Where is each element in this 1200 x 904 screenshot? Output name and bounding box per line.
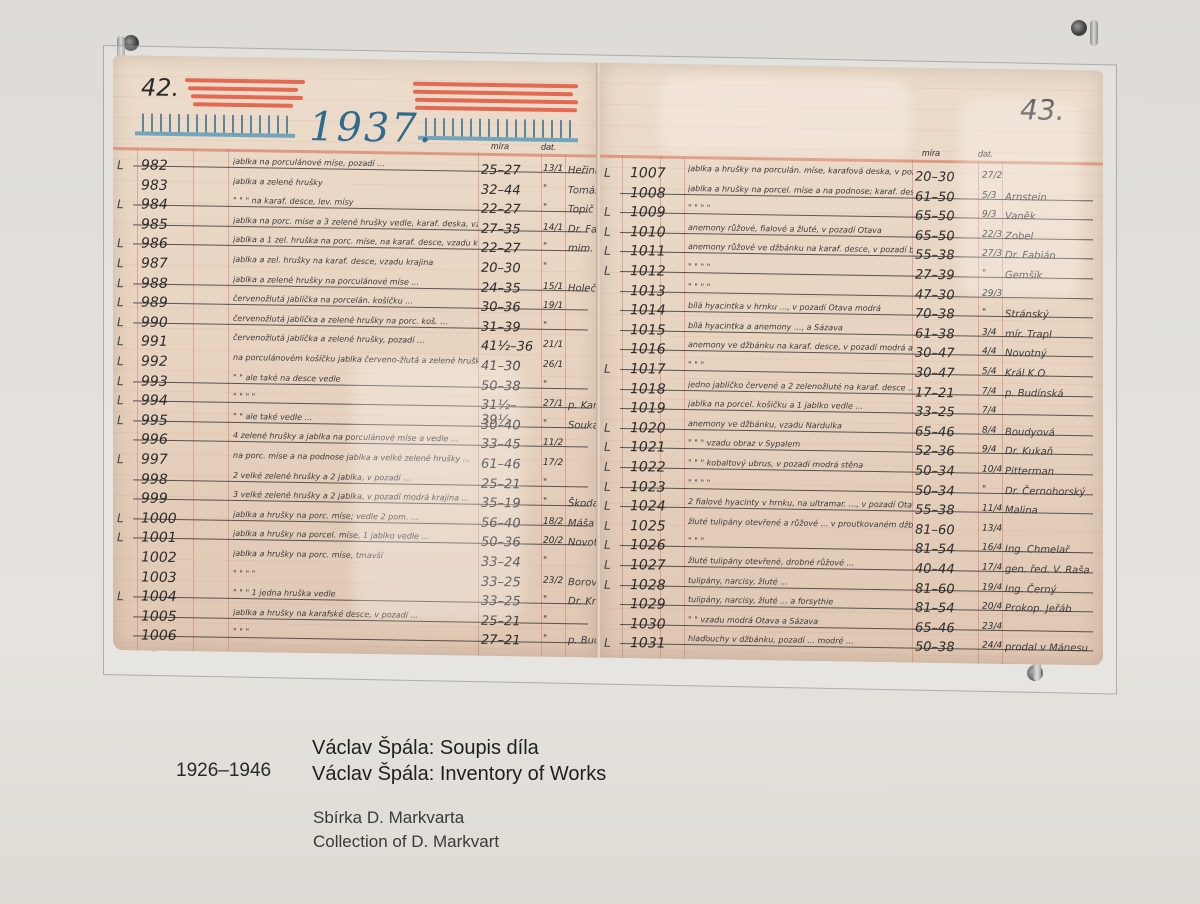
entry-owner: gen. řed. V. Raša (1005, 564, 1090, 576)
entry-owner: Dr. Kraus (568, 596, 598, 608)
entry-mark: L (117, 530, 124, 544)
entry-owner: Holeček (568, 283, 598, 295)
entry-owner: Topič (568, 204, 594, 215)
entry-mark: L (117, 589, 124, 603)
red-decorative-bar (188, 86, 298, 92)
entry-mark: L (604, 558, 611, 572)
entry-mark: L (604, 519, 611, 533)
entry-mark: L (604, 244, 611, 258)
entry-dimensions: 20–30 (481, 261, 541, 277)
ledger-page-right: 43. míra dat. L1007jablka a hrušky na po… (600, 63, 1103, 666)
glass-reflection (353, 359, 523, 622)
entry-owner: Škoda (568, 498, 598, 509)
entry-mark: L (604, 479, 611, 493)
red-decorative-bar (191, 94, 303, 100)
entry-date: 23/2 (543, 575, 567, 585)
entry-owner: prodal v Mánesu (1005, 642, 1088, 654)
entry-mark: L (117, 276, 124, 290)
entry-mark: L (117, 413, 124, 427)
entry-owner: p. Budínská (568, 636, 598, 648)
glass-reflection (660, 74, 910, 158)
entry-mark: L (604, 362, 611, 376)
entry-number: 1025 (630, 518, 680, 535)
entry-mark: L (604, 205, 611, 219)
entry-mark: L (604, 460, 611, 474)
entry-mark: L (604, 577, 611, 591)
entry-mark: L (117, 393, 124, 407)
entry-mark: L (117, 197, 124, 211)
entry-number: 1007 (630, 165, 680, 182)
entry-mark: L (117, 315, 124, 329)
entry-date: 17/2 (543, 458, 567, 468)
wall-mount-pin-top-right (1090, 20, 1098, 46)
entry-dimensions: 81–60 (915, 522, 975, 538)
entry-mark: L (117, 295, 124, 309)
entry-number: 997 (141, 451, 191, 468)
entry-owner: Pitterman (1005, 466, 1054, 478)
entry-owner: Dr. Černohorský (1005, 486, 1085, 498)
red-decorative-bar (185, 78, 305, 84)
red-decorative-bar (415, 98, 578, 105)
red-decorative-bar (415, 106, 577, 113)
entry-date: " (543, 556, 567, 566)
entry-owner: Borovička (568, 577, 598, 589)
entry-owner: p. Karlová (568, 400, 598, 412)
entry-mark: L (117, 256, 124, 270)
entry-owner: Tomáš Stejskal (568, 185, 598, 197)
entry-dimensions: 32–44 (481, 182, 541, 198)
entry-owner: Boudyová (1005, 427, 1055, 439)
entry-mark: L (117, 511, 124, 525)
label-title-english: Václav Špála: Inventory of Works (312, 763, 606, 786)
page-number: 42. (141, 73, 179, 102)
entry-mark: L (604, 440, 611, 454)
entry-date: 26/1 (543, 360, 567, 370)
red-decorative-bar (413, 90, 573, 97)
entry-number: 983 (141, 177, 191, 194)
entry-owner: Prokop. Jeřáb (1005, 603, 1072, 615)
glass-reflection (960, 98, 1080, 300)
label-title-czech: Václav Špála: Soupis díla (312, 737, 539, 760)
entry-owner: Novotný (1005, 348, 1047, 360)
column-header-dims: míra (491, 141, 509, 151)
entry-mark: L (604, 421, 611, 435)
entry-number: 987 (141, 255, 191, 272)
red-decorative-bar (413, 82, 578, 89)
label-collection-czech: Sbírka D. Markvarta (313, 808, 464, 828)
entry-owner: Král K.O. (1005, 368, 1048, 380)
entry-owner: Dr. Kukaň (1005, 446, 1053, 458)
entry-mark: L (117, 334, 124, 348)
entry-owner: Stránský (1005, 309, 1049, 321)
entry-mark: L (604, 264, 611, 278)
entry-date: " (543, 262, 567, 272)
entry-mark: L (117, 354, 124, 368)
entry-owner: Ing. Chmelař (1005, 544, 1069, 556)
blue-decorative-squiggle (418, 118, 578, 143)
ledger-year: 1937. (309, 104, 434, 152)
entry-number: 992 (141, 353, 191, 370)
entry-owner: p. Budínská (1005, 388, 1064, 400)
blue-decorative-squiggle (135, 113, 295, 138)
entry-owner: Dr. Fabián (568, 224, 598, 236)
entry-dimensions: 41½–36 (481, 339, 541, 355)
label-collection-english: Collection of D. Markvart (313, 832, 499, 852)
entry-number: 991 (141, 334, 191, 351)
entry-mark: L (604, 225, 611, 239)
entry-date: 13/4 (982, 523, 1006, 533)
entry-mark: L (604, 499, 611, 513)
entry-owner: Malina (1005, 505, 1038, 517)
entry-owner: Máša (568, 518, 594, 529)
entry-mark: L (117, 452, 124, 466)
entry-owner: Ing. Černý (1005, 584, 1057, 596)
entry-mark: L (604, 636, 611, 650)
entry-date: 21/1 (543, 340, 567, 350)
entry-number: 1002 (141, 549, 191, 566)
entry-number: 1003 (141, 569, 191, 586)
entry-mark: L (604, 538, 611, 552)
ledger-page-left: 42. 1937. míra dat. L982jablka na porcul… (113, 55, 598, 658)
entry-owner: mír. Trapl (1005, 329, 1052, 341)
column-header-dims: míra (922, 148, 940, 158)
wall-mount-screw-top-right (1071, 20, 1087, 36)
entry-owner: Soukal Banda (568, 420, 598, 432)
entry-mark: L (117, 236, 124, 250)
entry-date: " (543, 183, 567, 193)
entry-mark: L (117, 374, 124, 388)
entry-mark: L (604, 166, 611, 180)
entry-description: jablka a hrušky na porculán. míse, karaf… (688, 164, 913, 177)
red-decorative-bar (193, 102, 293, 108)
entry-mark: L (117, 158, 124, 172)
column-header-date: dat. (541, 142, 556, 152)
ledger-book: 42. 1937. míra dat. L982jablka na porcul… (113, 55, 1103, 666)
label-years: 1926–1946 (176, 760, 271, 782)
